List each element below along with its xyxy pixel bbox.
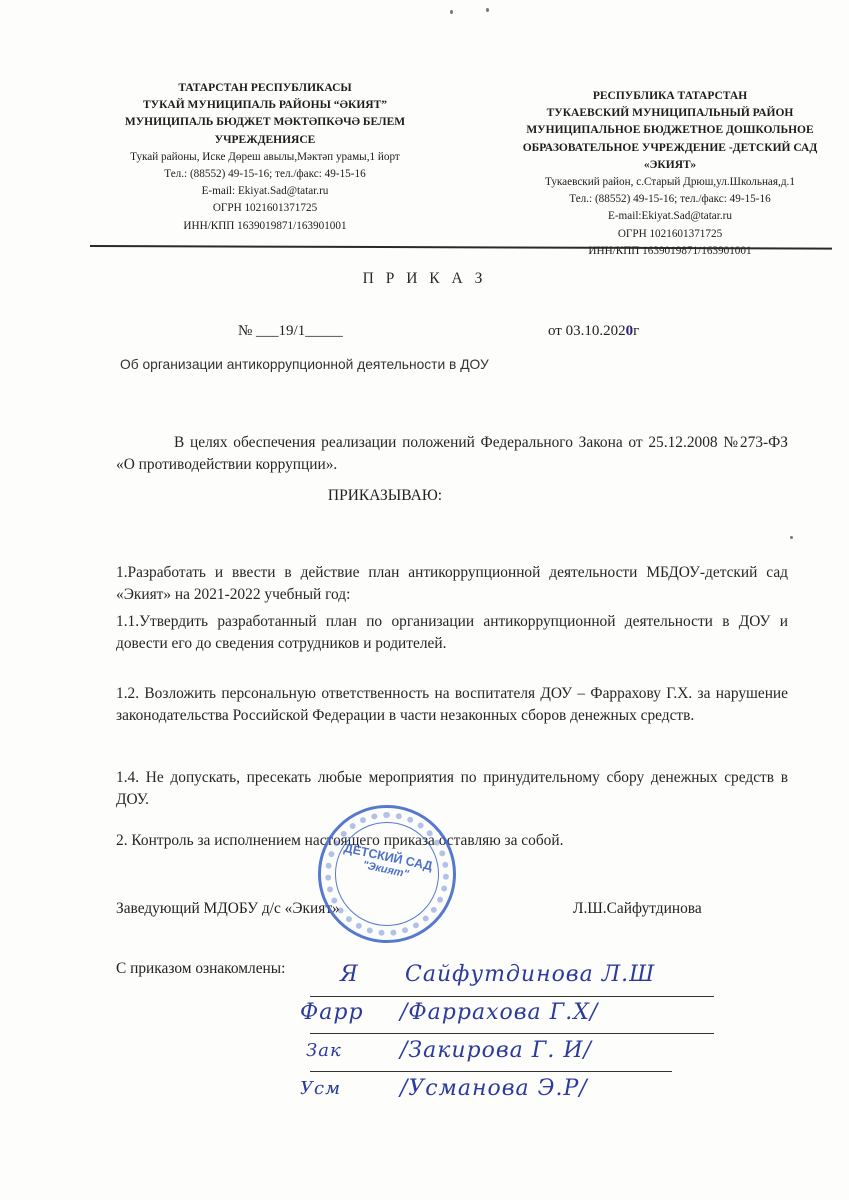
header-address: Тукаевский район, с.Старый Дрюш,ул.Школь… bbox=[505, 174, 835, 191]
preamble: В целях обеспечения реализации положений… bbox=[116, 432, 788, 475]
handwritten-name: Сайфутдинова Л.Ш bbox=[405, 962, 655, 987]
order-item-1-2: 1.2. Возложить персональную ответственно… bbox=[116, 683, 788, 726]
header-line: УЧРЕЖДЕНИЯСЕ bbox=[100, 132, 430, 149]
order-number: № ___19/1_____ bbox=[238, 323, 343, 340]
header-ogrn: ОГРН 1021601371725 bbox=[505, 226, 835, 243]
header-inn: ИНН/КПП 1639019871/163901001 bbox=[505, 243, 835, 260]
header-line: «ЭКИЯТ» bbox=[505, 157, 835, 174]
signer-name: Л.Ш.Сайфутдинова bbox=[573, 900, 702, 918]
handwritten-signature: Фарр bbox=[300, 1000, 364, 1025]
scan-speck bbox=[790, 536, 793, 539]
scan-speck bbox=[486, 8, 489, 12]
header-line: ОБРАЗОВАТЕЛЬНОЕ УЧРЕЖДЕНИЕ -ДЕТСКИЙ САД bbox=[505, 140, 835, 157]
signature-line bbox=[310, 1033, 714, 1034]
header-email: E-mail: Ekiyat.Sad@tatar.ru bbox=[100, 183, 430, 200]
header-russian: РЕСПУБЛИКА ТАТАРСТАН ТУКАЕВСКИЙ МУНИЦИПА… bbox=[505, 88, 835, 260]
header-line: ТУКАЕВСКИЙ МУНИЦИПАЛЬНЫЙ РАЙОН bbox=[505, 105, 835, 122]
header-phone: Тел.: (88552) 49-15-16; тел./факс: 49-15… bbox=[100, 166, 430, 183]
order-date: от 03.10.2020г bbox=[548, 323, 639, 340]
order-subject: Об организации антикоррупционной деятель… bbox=[120, 357, 489, 372]
header-line: МУНИЦИПАЛЬ БЮДЖЕТ МӘКТӘПКӘЧӘ БЕЛЕМ bbox=[100, 114, 430, 131]
handwritten-signature: Зак bbox=[306, 1040, 342, 1061]
order-item-1: 1.Разработать и ввести в действие план а… bbox=[116, 562, 788, 605]
header-line: ТАТАРСТАН РЕСПУБЛИКАСЫ bbox=[100, 80, 430, 97]
handwritten-signature: Усм bbox=[300, 1078, 341, 1099]
scan-speck bbox=[450, 10, 453, 14]
header-address: Тукай районы, Иске Дөреш авылы,Мәктәп ур… bbox=[100, 149, 430, 166]
handwritten-name: /Закирова Г. И/ bbox=[400, 1038, 592, 1063]
order-item-1-4: 1.4. Не допускать, пресекать любые мероп… bbox=[116, 767, 788, 810]
date-suffix: г bbox=[633, 323, 639, 339]
order-item-2: 2. Контроль за исполнением настоящего пр… bbox=[116, 830, 788, 852]
header-line: ТУКАЙ МУНИЦИПАЛЬ РАЙОНЫ “ӘКИЯТ” bbox=[100, 97, 430, 114]
order-item-1-1: 1.1.Утвердить разработанный план по орга… bbox=[116, 611, 788, 654]
handwritten-signature: Я bbox=[340, 962, 359, 987]
signer-title: Заведующий МДОБУ д/с «Экият» bbox=[116, 900, 340, 918]
signature-line bbox=[310, 996, 714, 997]
header-tatar: ТАТАРСТАН РЕСПУБЛИКАСЫ ТУКАЙ МУНИЦИПАЛЬ … bbox=[100, 80, 430, 235]
header-ogrn: ОГРН 1021601371725 bbox=[100, 200, 430, 217]
handwritten-name: /Усманова Э.Р/ bbox=[400, 1076, 588, 1101]
header-line: РЕСПУБЛИКА ТАТАРСТАН bbox=[505, 88, 835, 105]
header-email: E-mail:Ekiyat.Sad@tatar.ru bbox=[505, 208, 835, 225]
signature-line bbox=[310, 1071, 672, 1072]
acknowledgement-label: С приказом ознакомлены: bbox=[116, 960, 285, 978]
date-handwritten-digit: 0 bbox=[626, 323, 634, 339]
order-directive: ПРИКАЗЫВАЮ: bbox=[0, 487, 770, 505]
date-printed: от 03.10.202 bbox=[548, 323, 626, 339]
header-phone: Тел.: (88552) 49-15-16; тел./факс: 49-15… bbox=[505, 191, 835, 208]
document-title: П Р И К А З bbox=[0, 270, 849, 288]
header-inn: ИНН/КПП 1639019871/163901001 bbox=[100, 218, 430, 235]
official-stamp: ДЕТСКИЙ САД "Экият" bbox=[318, 805, 456, 943]
header-line: МУНИЦИПАЛЬНОЕ БЮДЖЕТНОЕ ДОШКОЛЬНОЕ bbox=[505, 122, 835, 139]
handwritten-name: /Фаррахова Г.Х/ bbox=[400, 1000, 598, 1025]
